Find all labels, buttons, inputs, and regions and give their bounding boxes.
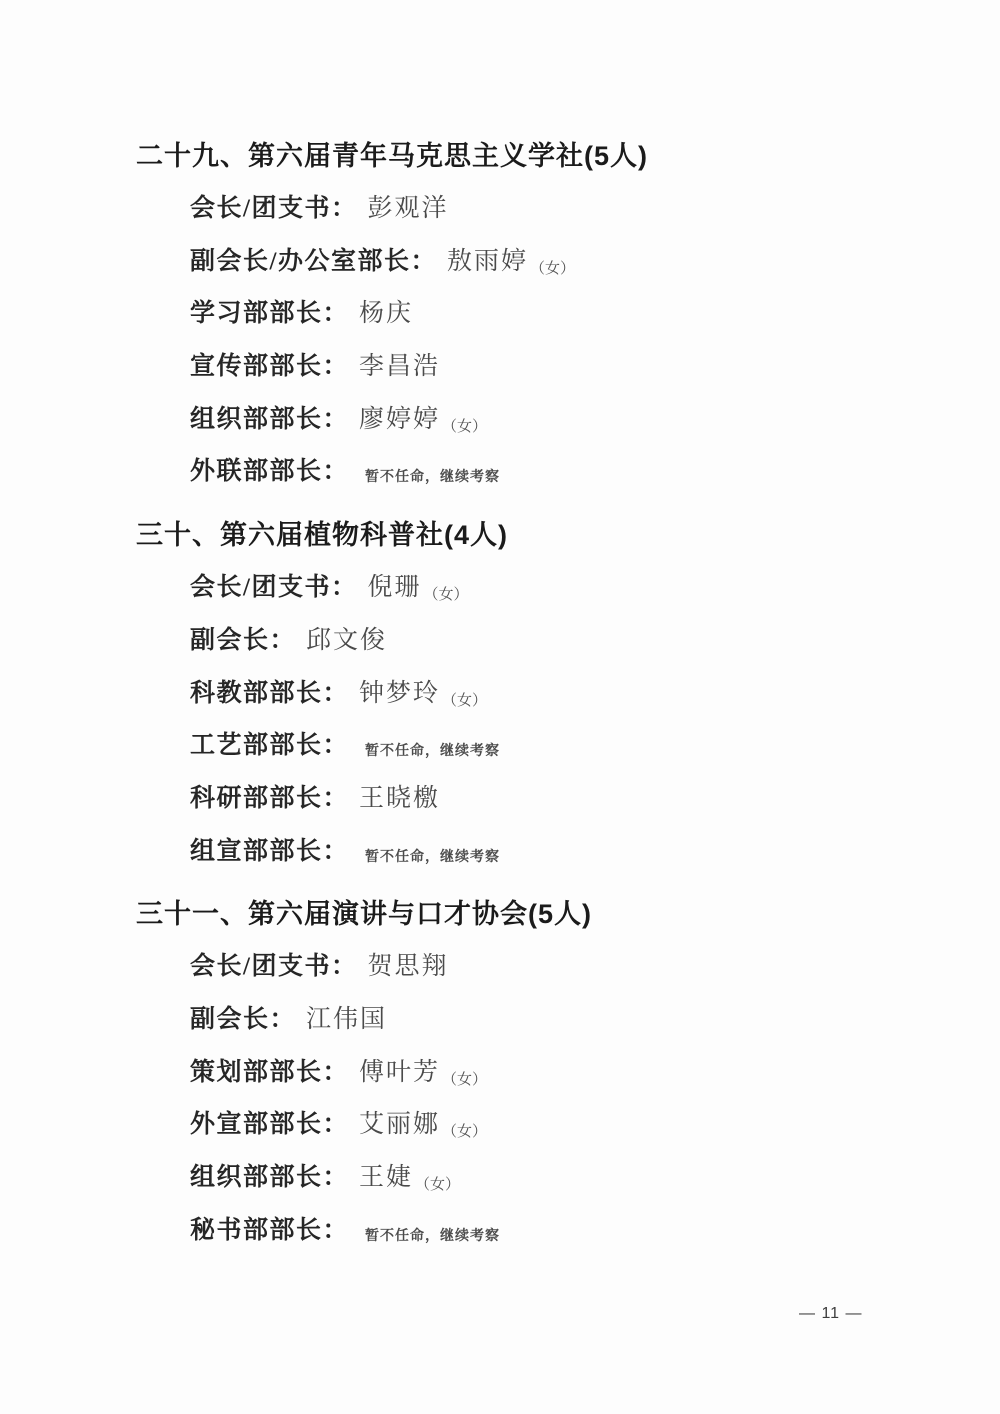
role-label: 会长/团支书： — [190, 951, 357, 982]
officer-name: 李昌浩 — [359, 351, 440, 382]
officer-row: 会长/团支书：倪珊（女） — [190, 572, 1000, 625]
female-suffix: （女） — [442, 686, 487, 717]
document-page: 二十九、第六届青年马克思主义学社(5人)会长/团支书：彭观洋副会长/办公室部长：… — [0, 0, 1000, 1414]
officer-row: 外宣部部长：艾丽娜（女） — [190, 1109, 1000, 1162]
role-label: 策划部部长： — [190, 1057, 349, 1088]
officer-name: 王婕 — [359, 1162, 413, 1193]
officer-name: 傅叶芳 — [359, 1057, 440, 1088]
section-title: 三十、第六届植物科普社(4人) — [136, 520, 1000, 551]
officer-name: 廖婷婷 — [359, 404, 440, 435]
officer-name: 敖雨婷 — [447, 246, 528, 277]
officer-row: 策划部部长：傅叶芳（女） — [190, 1057, 1000, 1110]
page-number: — 11 — — [799, 1305, 863, 1323]
role-label: 秘书部部长： — [190, 1215, 349, 1246]
officer-row: 会长/团支书：贺思翔 — [190, 951, 1000, 1004]
female-suffix: （女） — [415, 1170, 460, 1201]
section-title: 三十一、第六届演讲与口才协会(5人) — [136, 899, 1000, 930]
role-label: 组织部部长： — [190, 1162, 349, 1193]
officer-row: 科教部部长：钟梦玲（女） — [190, 678, 1000, 731]
officer-row: 外联部部长：暂不任命，继续考察 — [190, 456, 1000, 509]
club-section: 三十、第六届植物科普社(4人)会长/团支书：倪珊（女）副会长：邱文俊科教部部长：… — [0, 520, 1000, 888]
officer-row: 宣传部部长：李昌浩 — [190, 351, 1000, 404]
role-label: 会长/团支书： — [190, 572, 357, 603]
role-label: 外宣部部长： — [190, 1109, 349, 1140]
officer-row: 组织部部长：王婕（女） — [190, 1162, 1000, 1215]
pending-note: 暂不任命，继续考察 — [365, 1221, 500, 1252]
officer-row: 组宣部部长：暂不任命，继续考察 — [190, 836, 1000, 889]
role-label: 副会长/办公室部长： — [190, 246, 437, 277]
officer-row: 组织部部长：廖婷婷（女） — [190, 404, 1000, 457]
female-suffix: （女） — [442, 1065, 487, 1096]
role-label: 工艺部部长： — [190, 730, 349, 761]
officer-name: 倪珊 — [367, 572, 421, 603]
officer-row: 工艺部部长：暂不任命，继续考察 — [190, 730, 1000, 783]
pending-note: 暂不任命，继续考察 — [365, 462, 500, 493]
officer-name: 艾丽娜 — [359, 1109, 440, 1140]
pending-note: 暂不任命，继续考察 — [365, 842, 500, 873]
pending-note: 暂不任命，继续考察 — [365, 736, 500, 767]
role-label: 宣传部部长： — [190, 351, 349, 382]
officer-row: 秘书部部长：暂不任命，继续考察 — [190, 1215, 1000, 1268]
role-label: 组织部部长： — [190, 404, 349, 435]
role-label: 外联部部长： — [190, 456, 349, 487]
officer-name: 邱文俊 — [306, 625, 387, 656]
female-suffix: （女） — [530, 254, 575, 285]
officer-name: 王晓檄 — [359, 783, 440, 814]
role-label: 会长/团支书： — [190, 193, 357, 224]
officer-name: 彭观洋 — [367, 193, 448, 224]
role-label: 组宣部部长： — [190, 836, 349, 867]
female-suffix: （女） — [442, 412, 487, 443]
officer-name: 杨庆 — [359, 298, 413, 329]
officer-row: 科研部部长：王晓檄 — [190, 783, 1000, 836]
role-label: 副会长： — [190, 625, 296, 656]
officer-row: 副会长：邱文俊 — [190, 625, 1000, 678]
officer-name: 钟梦玲 — [359, 678, 440, 709]
role-label: 副会长： — [190, 1004, 296, 1035]
officer-row: 副会长：江伟国 — [190, 1004, 1000, 1057]
club-section: 三十一、第六届演讲与口才协会(5人)会长/团支书：贺思翔副会长：江伟国策划部部长… — [0, 899, 1000, 1267]
sections-container: 二十九、第六届青年马克思主义学社(5人)会长/团支书：彭观洋副会长/办公室部长：… — [0, 141, 1000, 1267]
officer-row: 副会长/办公室部长：敖雨婷（女） — [190, 246, 1000, 299]
role-label: 学习部部长： — [190, 298, 349, 329]
officer-row: 会长/团支书：彭观洋 — [190, 193, 1000, 246]
female-suffix: （女） — [442, 1117, 487, 1148]
officer-row: 学习部部长：杨庆 — [190, 298, 1000, 351]
female-suffix: （女） — [423, 580, 468, 611]
role-label: 科教部部长： — [190, 678, 349, 709]
role-label: 科研部部长： — [190, 783, 349, 814]
club-section: 二十九、第六届青年马克思主义学社(5人)会长/团支书：彭观洋副会长/办公室部长：… — [0, 141, 1000, 509]
officer-name: 贺思翔 — [367, 951, 448, 982]
section-title: 二十九、第六届青年马克思主义学社(5人) — [136, 141, 1000, 172]
officer-name: 江伟国 — [306, 1004, 387, 1035]
